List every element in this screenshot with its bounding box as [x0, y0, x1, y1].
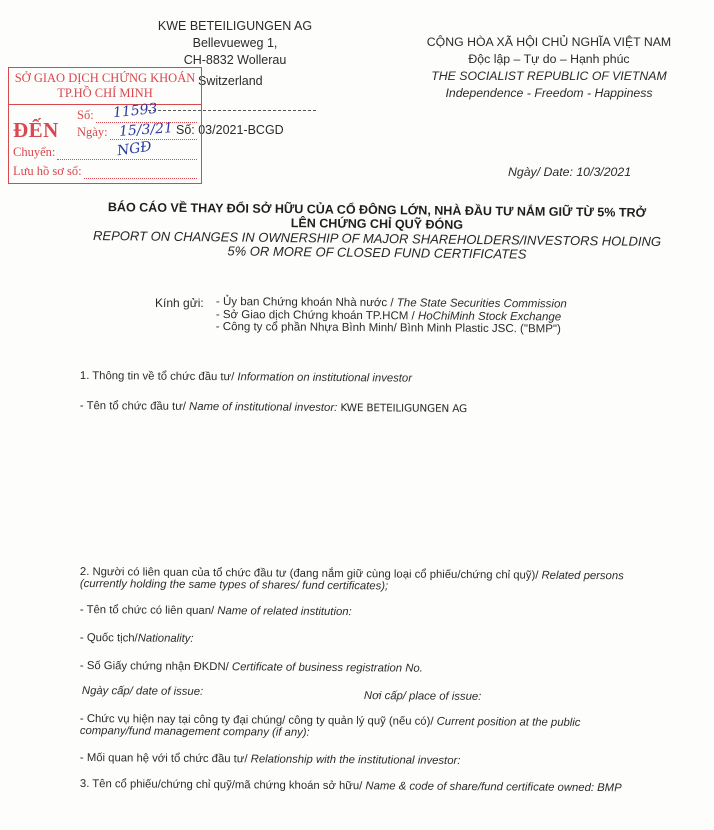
section3-heading: 3. Tên cổ phiếu/chứng chỉ quỹ/mã chứng k…: [80, 778, 622, 794]
motto-vi: Độc lập – Tự do – Hạnh phúc: [400, 51, 698, 68]
certificate-line: - Số Giấy chứng nhận ĐKDN/ Certificate o…: [80, 660, 423, 675]
stamp-chuyen-row: Chuyển:: [13, 145, 197, 160]
investor-name-line: - Tên tổ chức đầu tư/ Name of institutio…: [80, 400, 467, 415]
recipient-item: - Công ty cổ phần Nhựa Bình Minh/ Bình M…: [216, 321, 567, 336]
section1-heading: 1. Thông tin về tổ chức đầu tư/ Informat…: [80, 370, 412, 385]
recipients-list: - Ủy ban Chứng khoán Nhà nước / The Stat…: [216, 296, 567, 336]
stamp-org-line2: TP.HỒ CHÍ MINH: [9, 86, 201, 101]
stamp-luu-row: Lưu hồ sơ số:: [13, 164, 197, 179]
position-line: - Chức vụ hiện nay tại công ty đại chúng…: [80, 713, 581, 741]
stamp-organization: SỞ GIAO DỊCH CHỨNG KHOÁN TP.HỒ CHÍ MINH: [9, 68, 201, 105]
motto-en: Independence - Freedom - Happiness: [400, 85, 698, 102]
issue-place-label: Nơi cấp/ place of issue:: [364, 690, 481, 703]
section2-heading: 2. Người có liên quan của tổ chức đầu tư…: [80, 566, 624, 594]
sender-address-line1: Bellevueweg 1,: [140, 35, 330, 52]
sender-name: KWE BETEILIGUNGEN AG: [140, 18, 330, 35]
report-title-en: REPORT ON CHANGES IN OWNERSHIP OF MAJOR …: [40, 228, 714, 263]
relationship-line: - Mối quan hệ với tổ chức đầu tư/ Relati…: [80, 752, 461, 767]
document-page: KWE BETEILIGUNGEN AG Bellevueweg 1, CH-8…: [0, 0, 714, 830]
investor-name-value: KWE BETEILIGUNGEN AG: [340, 402, 467, 415]
national-header: CỘNG HÒA XÃ HỘI CHỦ NGHĨA VIỆT NAM Độc l…: [400, 34, 698, 102]
related-institution-line: - Tên tổ chức có liên quan/ Name of rela…: [80, 604, 352, 618]
stamp-luu-label: Lưu hồ sơ số:: [13, 164, 82, 179]
issue-date-label: Ngày cấp/ date of issue:: [82, 685, 203, 698]
stamp-ngay-label: Ngày:: [77, 125, 108, 140]
republic-en: THE SOCIALIST REPUBLIC OF VIETNAM: [400, 68, 698, 85]
republic-vi: CỘNG HÒA XÃ HỘI CHỦ NGHĨA VIỆT NAM: [400, 34, 698, 51]
stamp-received-label: ĐẾN: [13, 118, 59, 143]
stamp-chuyen-label: Chuyển:: [13, 145, 55, 160]
received-stamp: SỞ GIAO DỊCH CHỨNG KHOÁN TP.HỒ CHÍ MINH …: [8, 67, 202, 184]
recipients-label: Kính gửi:: [155, 296, 204, 310]
document-date: Ngày/ Date: 10/3/2021: [508, 165, 631, 179]
stamp-org-line1: SỞ GIAO DỊCH CHỨNG KHOÁN: [9, 71, 201, 86]
stamp-so-label: Số:: [77, 108, 94, 123]
nationality-line: - Quốc tịch/Nationality:: [80, 632, 194, 645]
